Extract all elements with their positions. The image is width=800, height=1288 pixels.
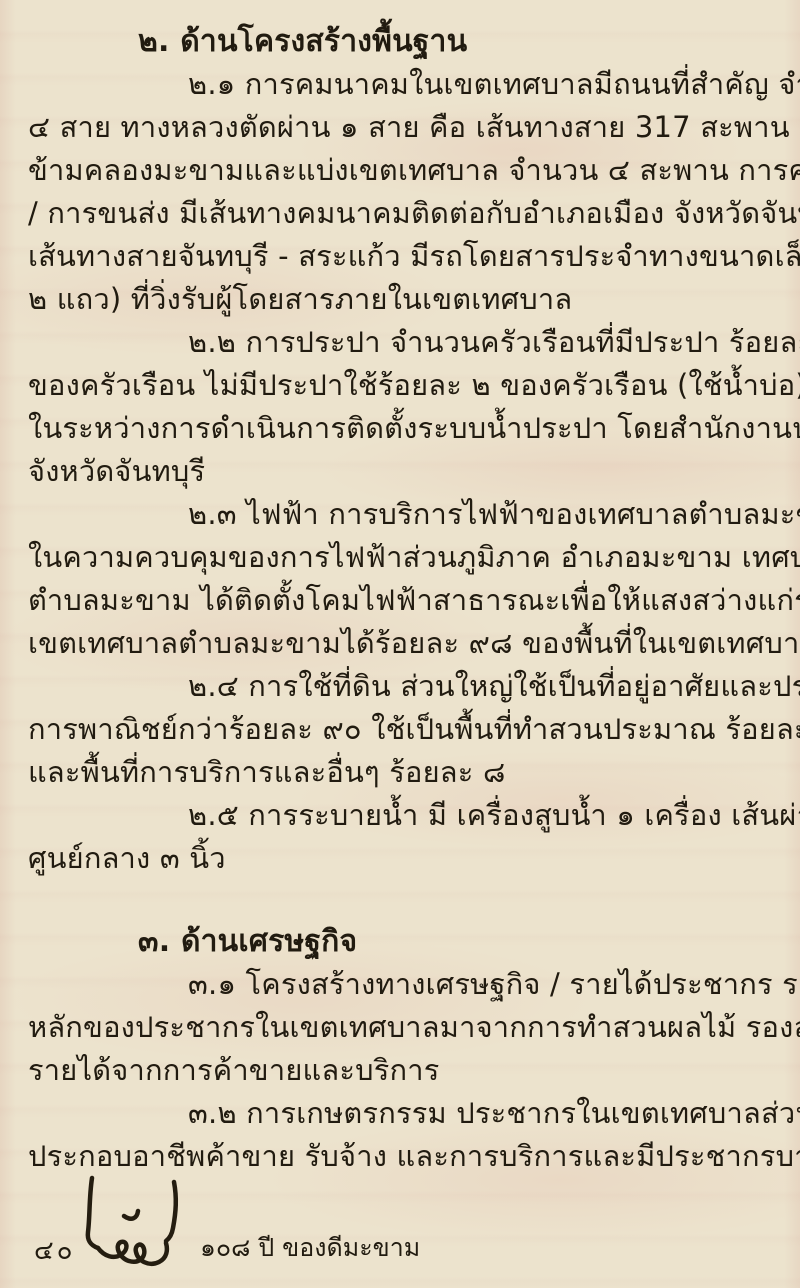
text-line: เขตเทศบาลตำบลมะขามได้ร้อยละ ๙๘ ของพื้นที… xyxy=(28,622,790,665)
text-line: / การขนส่ง มีเส้นทางคมนาคมติดต่อกับอำเภอ… xyxy=(28,192,790,235)
page-footer: ๔๐ ๑๐๘ ปี ของดีมะขาม xyxy=(0,1170,800,1288)
text-line: ตำบลมะขาม ได้ติดตั้งโคมไฟฟ้าสาธารณะเพื่อ… xyxy=(28,579,790,622)
text-line: ของครัวเรือน ไม่มีประปาใช้ร้อยละ ๒ ของคร… xyxy=(28,364,790,407)
text-line: ๒.๒ การประปา จำนวนครัวเรือนที่มีประปา ร้… xyxy=(188,321,790,364)
footer-caption: ๑๐๘ ปี ของดีมะขาม xyxy=(200,1228,420,1268)
text-line: ๒.๔ การใช้ที่ดิน ส่วนใหญ่ใช้เป็นที่อยู่อ… xyxy=(188,665,790,708)
text-line: หลักของประชากรในเขตเทศบาลมาจากการทำสวนผล… xyxy=(28,1006,790,1049)
text-line: ในระหว่างการดำเนินการติดตั้งระบบน้ำประปา… xyxy=(28,407,790,450)
text-line: และพื้นที่การบริการและอื่นๆ ร้อยละ ๘ xyxy=(28,751,790,794)
text-line: ๒ แถว) ที่วิ่งรับผู้โดยสารภายในเขตเทศบาล xyxy=(28,278,790,321)
text-line: ๓.๑ โครงสร้างทางเศรษฐกิจ / รายได้ประชากร… xyxy=(188,963,790,1006)
handwritten-mark-icon xyxy=(62,1174,212,1279)
text-line: ๒.๕ การระบายน้ำ มี เครื่องสูบน้ำ ๑ เครื่… xyxy=(188,794,790,837)
text-line: การพาณิชย์กว่าร้อยละ ๙๐ ใช้เป็นพื้นที่ทำ… xyxy=(28,708,790,751)
text-line: จังหวัดจันทบุรี xyxy=(28,450,790,493)
text-line: ๔ สาย ทางหลวงตัดผ่าน ๑ สาย คือ เส้นทางสา… xyxy=(28,106,790,149)
document-body: ๒. ด้านโครงสร้างพื้นฐาน๒.๑ การคมนาคมในเข… xyxy=(28,20,790,1178)
text-line: ศูนย์กลาง ๓ นิ้ว xyxy=(28,837,790,880)
text-line: รายได้จากการค้าขายและบริการ xyxy=(28,1049,790,1092)
section-gap xyxy=(28,880,790,920)
text-line: ข้ามคลองมะขามและแบ่งเขตเทศบาล จำนวน ๔ สะ… xyxy=(28,149,790,192)
section-heading: ๓. ด้านเศรษฐกิจ xyxy=(138,920,790,963)
text-line: ๓.๒ การเกษตรกรรม ประชากรในเขตเทศบาลส่วนม… xyxy=(188,1092,790,1135)
section-heading: ๒. ด้านโครงสร้างพื้นฐาน xyxy=(138,20,790,63)
text-line: ๒.๑ การคมนาคมในเขตเทศบาลมีถนนที่สำคัญ จำ… xyxy=(188,63,790,106)
text-line: ในความควบคุมของการไฟฟ้าส่วนภูมิภาค อำเภอ… xyxy=(28,536,790,579)
text-line: ๒.๓ ไฟฟ้า การบริการไฟฟ้าของเทศบาลตำบลมะข… xyxy=(188,493,790,536)
text-line: เส้นทางสายจันทบุรี - สระแก้ว มีรถโดยสารป… xyxy=(28,235,790,278)
document-page: ๒. ด้านโครงสร้างพื้นฐาน๒.๑ การคมนาคมในเข… xyxy=(0,0,800,1288)
